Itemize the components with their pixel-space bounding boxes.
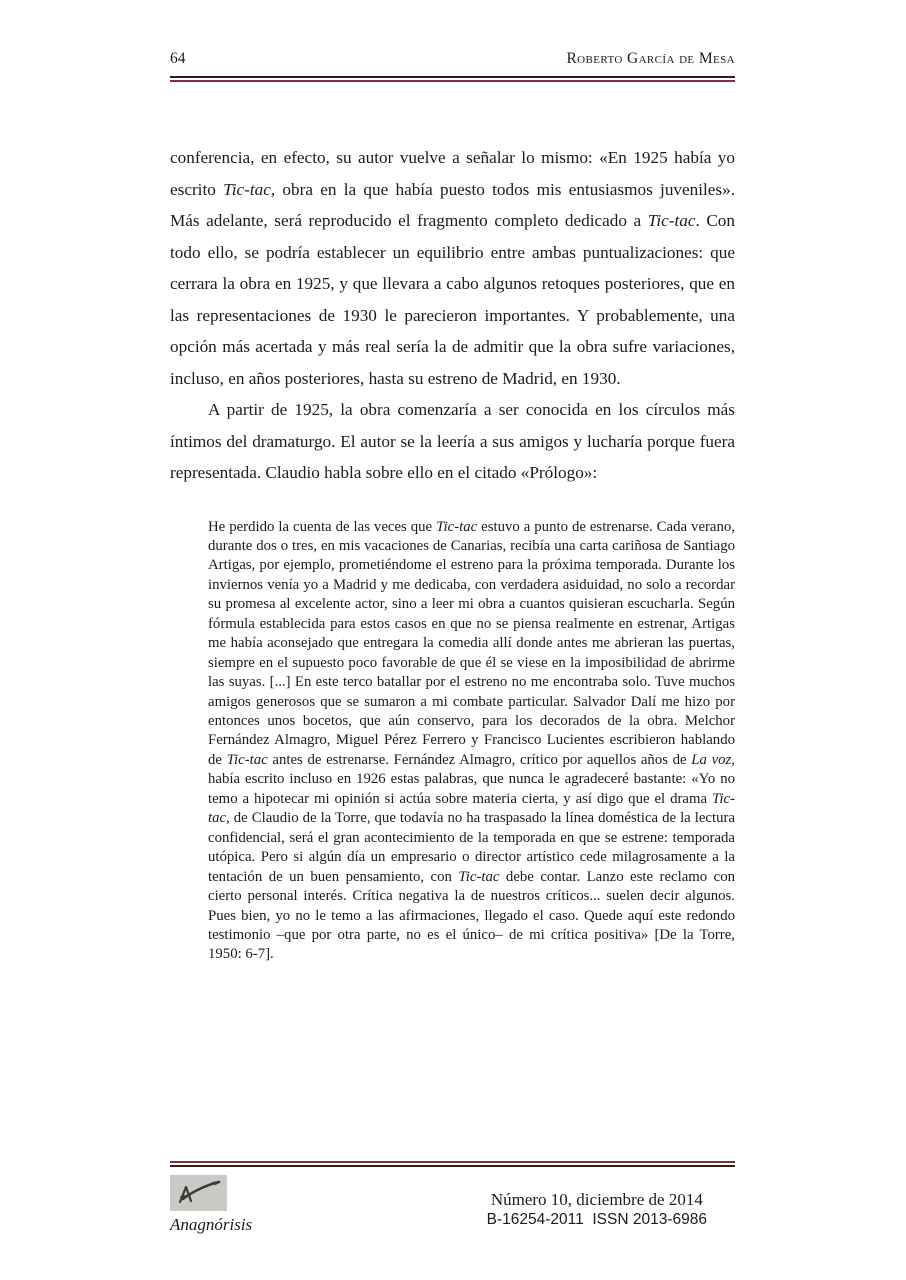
issue-info: Número 10, diciembre de 2014 B-16254-201…	[487, 1189, 707, 1230]
paragraph: A partir de 1925, la obra comenzaría a s…	[170, 394, 735, 489]
footer-columns: Anagnórisis Número 10, diciembre de 2014…	[170, 1175, 735, 1235]
page-number: 64	[170, 50, 186, 68]
paragraph: conferencia, en efecto, su autor vuelve …	[170, 142, 735, 394]
article-body: conferencia, en efecto, su autor vuelve …	[170, 142, 735, 965]
block-quote: He perdido la cuenta de las veces que Ti…	[208, 518, 735, 965]
header-rule	[170, 76, 735, 82]
journal-identity: Anagnórisis	[170, 1175, 252, 1235]
journal-name: Anagnórisis	[170, 1215, 252, 1235]
page-header: 64 Roberto García de Mesa	[170, 50, 735, 68]
running-title: Roberto García de Mesa	[566, 50, 735, 68]
journal-page: 64 Roberto García de Mesa conferencia, e…	[0, 0, 906, 1280]
journal-logo	[170, 1175, 227, 1211]
content-column: 64 Roberto García de Mesa conferencia, e…	[170, 50, 735, 965]
issn-line: B-16254-2011 ISSN 2013-6986	[487, 1210, 707, 1230]
footer-rule	[170, 1161, 735, 1167]
page-footer: Anagnórisis Número 10, diciembre de 2014…	[170, 1161, 735, 1235]
issue-number: Número 10, diciembre de 2014	[487, 1189, 707, 1210]
quill-sketch-icon	[174, 1178, 223, 1208]
